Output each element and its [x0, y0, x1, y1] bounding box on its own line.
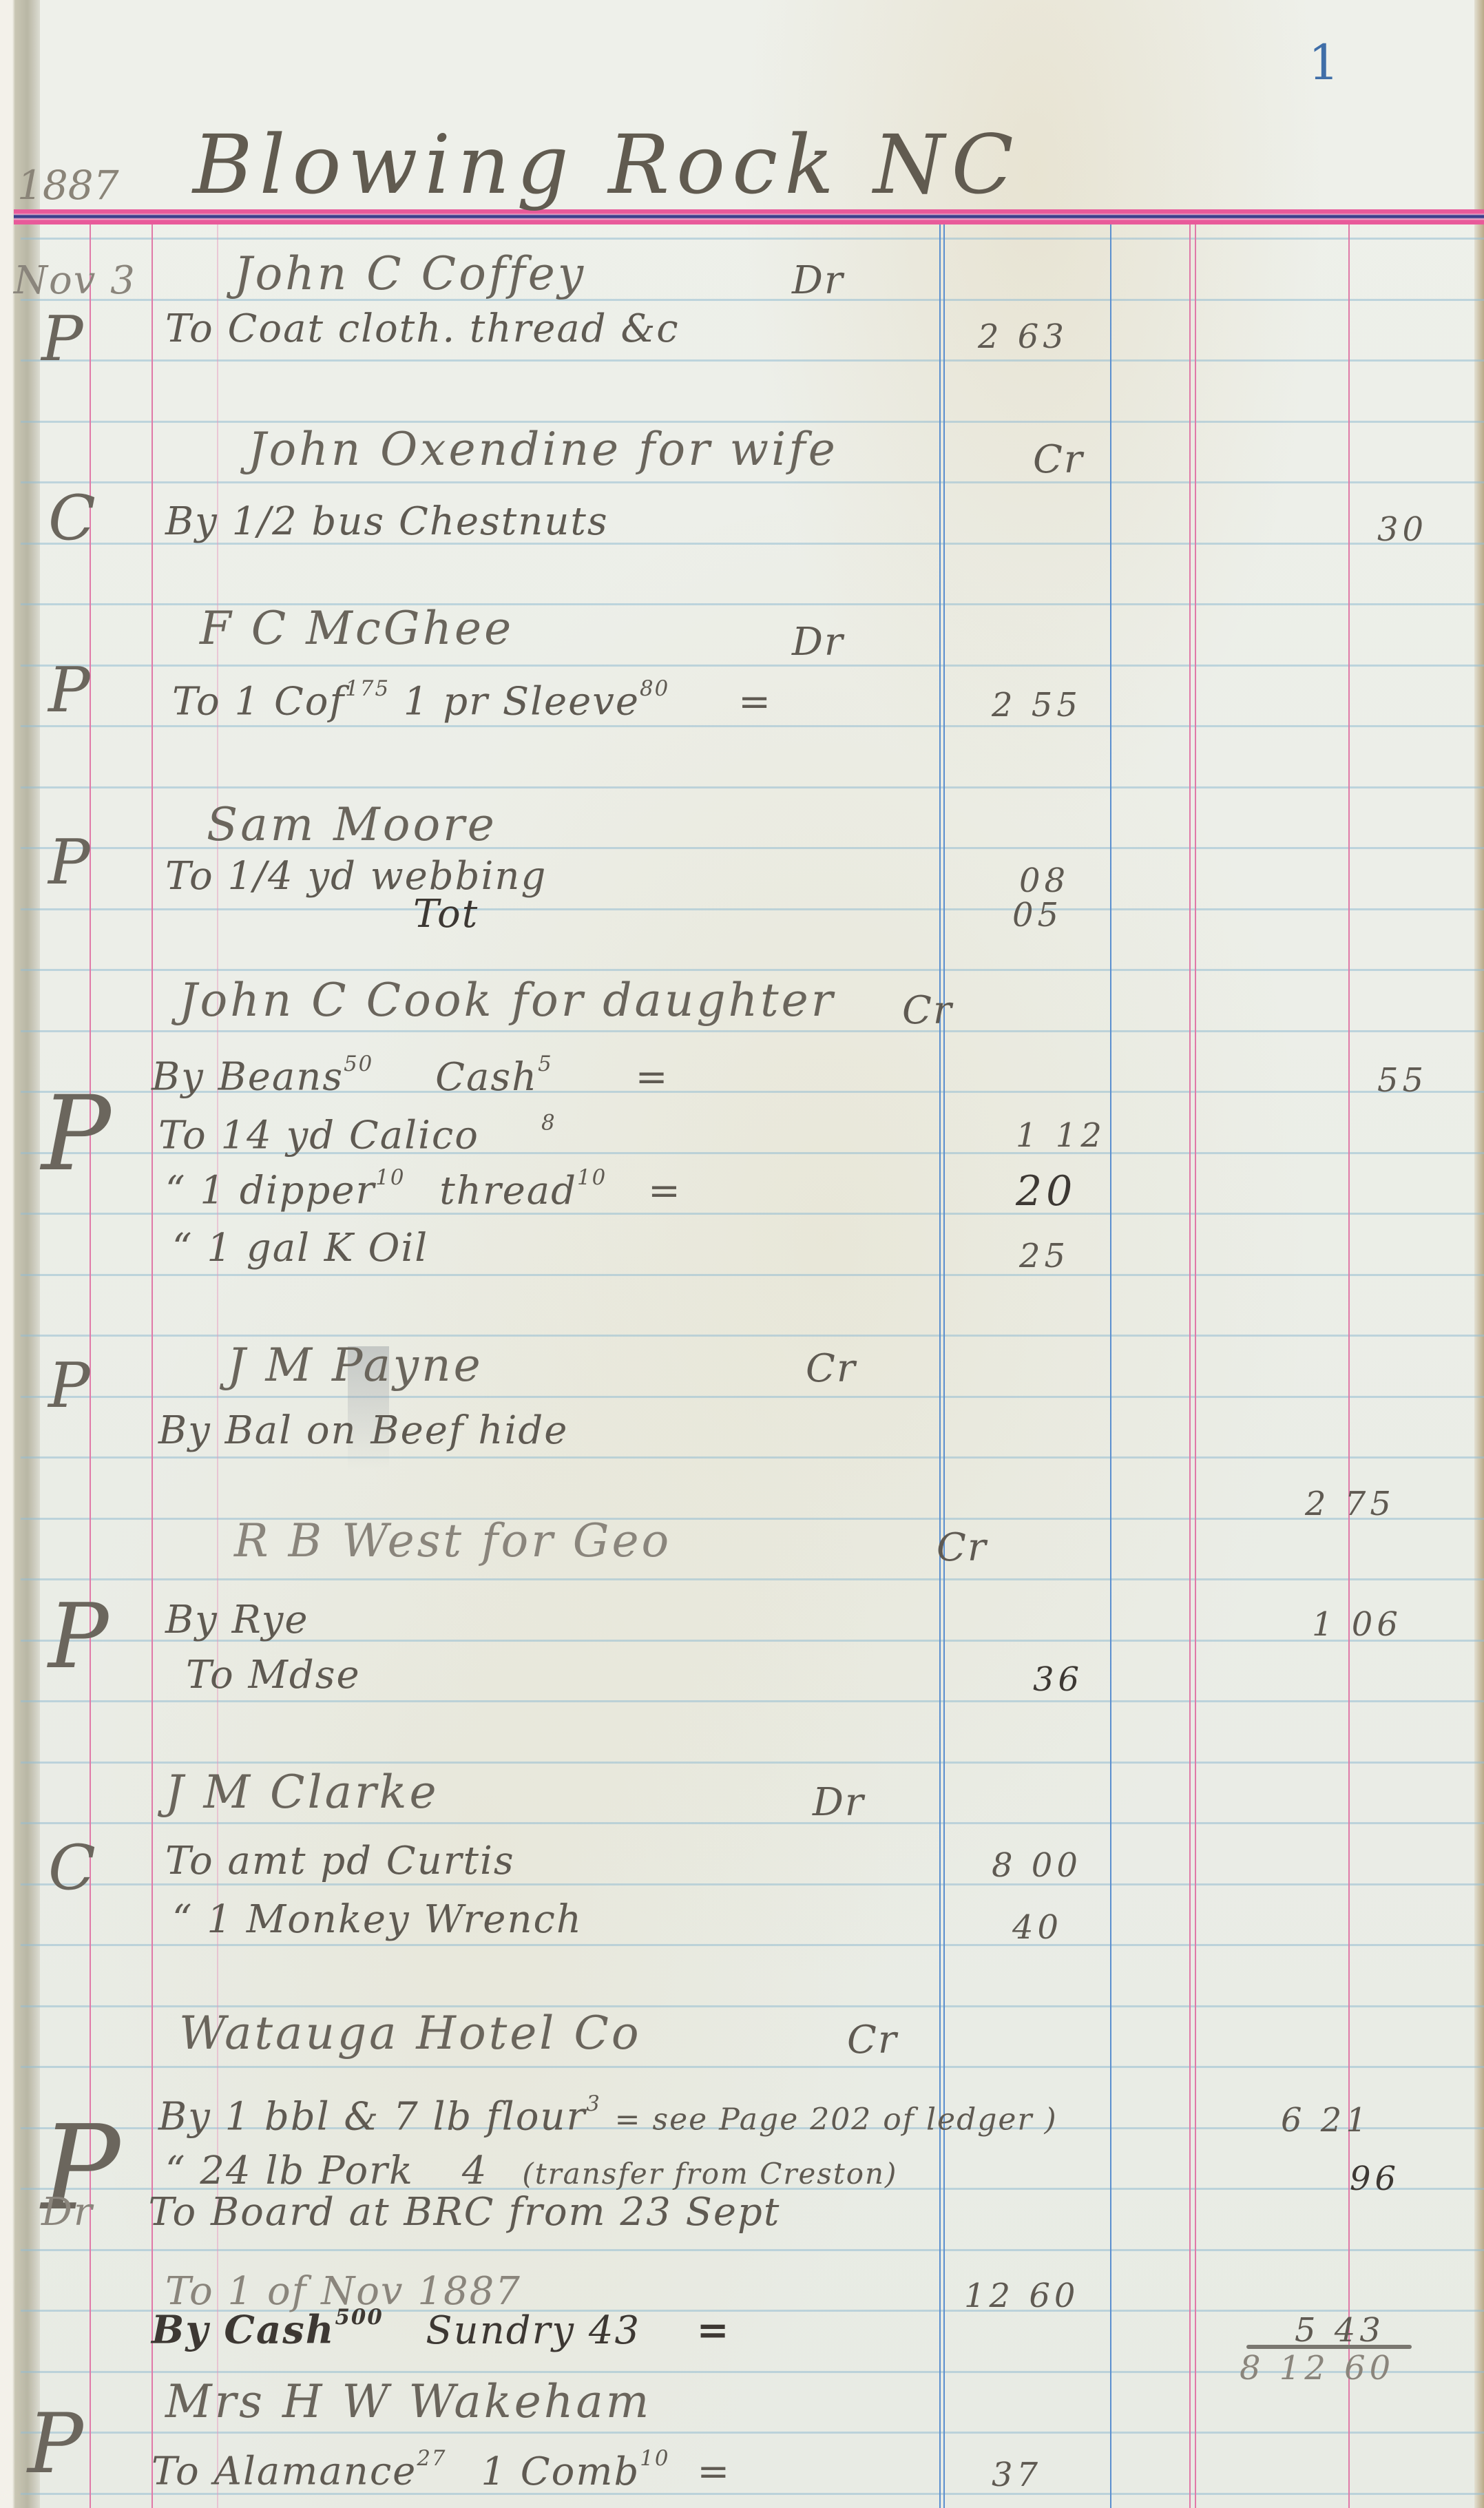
- line-item: Tot: [413, 895, 479, 934]
- account-side: Cr: [902, 992, 953, 1030]
- ruled-line: [21, 786, 1484, 788]
- ruled-line: [21, 1274, 1484, 1276]
- ruled-line: [21, 1396, 1484, 1398]
- debit-amount: 05: [1012, 899, 1063, 932]
- account-side: Cr: [937, 1529, 987, 1567]
- line-item: “ 1 gal K Oil: [172, 1229, 428, 1268]
- ruled-line: [21, 665, 1484, 667]
- credit-column-rule: [1189, 224, 1191, 2508]
- ruled-line: [21, 1456, 1484, 1459]
- posted-mark: P: [28, 2396, 83, 2492]
- line-item: By Bal on Beef hide: [158, 1412, 568, 1450]
- ruled-line: [21, 238, 1484, 240]
- credit-amount: 96: [1350, 2162, 1400, 2195]
- debit-amount: 36: [1033, 1663, 1083, 1696]
- credit-amount: 5 43: [1295, 2314, 1385, 2347]
- credit-amount: 55: [1377, 1064, 1428, 1097]
- account-name: J M Payne: [227, 1343, 483, 1388]
- line-item: By Rye: [165, 1601, 309, 1640]
- line-item: “ 1 Monkey Wrench: [172, 1901, 583, 1939]
- line-item: Dr To Board at BRC from 23 Sept: [41, 2193, 780, 2232]
- ledger-title: Blowing Rock NC: [193, 124, 1021, 205]
- line-item: To 14 yd Calico8: [158, 1112, 556, 1156]
- ruled-line: [21, 2432, 1484, 2434]
- account-name: John C Cook for daughter: [179, 978, 835, 1023]
- page-number: 1: [1308, 34, 1339, 91]
- account-name: F C McGhee: [200, 606, 514, 651]
- credit-amount: 2 75: [1305, 1487, 1395, 1521]
- ruled-line: [21, 1700, 1484, 1702]
- ruled-line: [21, 1030, 1484, 1032]
- debit-amount: 2 63: [978, 320, 1068, 353]
- line-item: To 1/4 yd webbing: [165, 857, 547, 896]
- posted-mark: P: [48, 654, 90, 727]
- ruled-line: [21, 2066, 1484, 2068]
- posted-mark: P: [48, 1350, 90, 1422]
- posted-mark: C: [48, 1832, 96, 1904]
- ledger-page: 1 1887 Blowing Rock NC Nov 3 P John C Co…: [0, 0, 1484, 2508]
- debit-column-rule-2: [943, 224, 945, 2508]
- debit-amount: 37: [992, 2458, 1042, 2491]
- credit-amount: 6 21: [1281, 2104, 1371, 2137]
- account-name: J M Clarke: [165, 1770, 439, 1815]
- posted-mark: P: [48, 1584, 108, 1689]
- line-item: To amt pd Curtis: [165, 1842, 515, 1881]
- credit-column-rule-2: [1195, 224, 1196, 2508]
- account-side: Dr: [792, 262, 844, 300]
- account-name: Sam Moore: [207, 802, 497, 848]
- account-total: 8 12 60: [1240, 2352, 1394, 2385]
- ruled-line: [21, 481, 1484, 483]
- account-name: Mrs H W Wakeham: [165, 2379, 651, 2425]
- debit-amount: 20: [1016, 1171, 1076, 1212]
- ruled-line: [21, 1883, 1484, 1885]
- posted-mark: P: [41, 303, 83, 375]
- debit-amount: 40: [1012, 1911, 1063, 1944]
- account-name: John Oxendine for wife: [248, 427, 838, 472]
- account-name: R B West for Geo: [234, 1518, 671, 1564]
- account-side: Cr: [806, 1350, 857, 1388]
- ledger-year: 1887: [17, 165, 119, 205]
- line-item: To Alamance27 1 Comb10 =: [151, 2448, 731, 2491]
- ruled-line: [21, 725, 1484, 727]
- debit-amount: 8 00: [992, 1849, 1082, 1882]
- debit-amount: 25: [1019, 1240, 1069, 1273]
- line-item: By 1/2 bus Chestnuts: [165, 503, 609, 541]
- ruled-line: [21, 908, 1484, 910]
- page-edge: [1474, 0, 1484, 2508]
- ruled-line: [21, 1762, 1484, 1764]
- debit-amount: 1 12: [1016, 1119, 1106, 1152]
- line-item: By Beans50 Cash5 =: [151, 1054, 669, 1097]
- account-name: John C Coffey: [234, 251, 586, 297]
- ruled-line: [21, 2249, 1484, 2251]
- debit-amount: 12 60: [964, 2279, 1079, 2312]
- line-item: “ 24 lb Pork4 (transfer from Creston): [165, 2152, 897, 2191]
- entry-date: Nov 3: [14, 262, 136, 300]
- posted-mark: P: [41, 1074, 111, 1194]
- account-side: Dr: [813, 1784, 865, 1822]
- account-side: Dr: [792, 623, 844, 662]
- debit-amount: 2 55: [992, 689, 1082, 722]
- ruled-line: [21, 1822, 1484, 1824]
- debit-amount: 08: [1019, 864, 1069, 897]
- line-item: “ 1 dipper10 thread10 =: [165, 1167, 682, 1211]
- margin-rule-text: [151, 224, 153, 2508]
- posted-mark: P: [48, 826, 90, 899]
- credit-amount: 1 06: [1312, 1608, 1402, 1641]
- account-name: Watauga Hotel Co: [179, 2011, 642, 2056]
- line-item: To Mdse: [186, 1656, 361, 1695]
- posted-mark: C: [48, 482, 96, 554]
- ruled-line: [21, 359, 1484, 362]
- ruled-line: [21, 969, 1484, 971]
- ruled-line: [21, 1335, 1484, 1337]
- debit-cents-rule: [1110, 224, 1111, 2508]
- credit-amount: 30: [1377, 513, 1428, 546]
- line-item: By 1 bbl & 7 lb flour3 = see Page 202 of…: [158, 2093, 1058, 2137]
- ruled-line: [21, 1578, 1484, 1580]
- book-binding: [0, 0, 40, 2508]
- account-side: Cr: [847, 2021, 898, 2060]
- line-item: By Cash500 Sundry 43 =: [151, 2307, 731, 2350]
- account-side: Cr: [1033, 441, 1084, 479]
- debit-column-rule: [939, 224, 941, 2508]
- line-item: To 1 Cof175 1 pr Sleeve80 =: [172, 678, 772, 722]
- ruled-line: [21, 1944, 1484, 1946]
- line-item: To Coat cloth. thread &c: [165, 310, 680, 348]
